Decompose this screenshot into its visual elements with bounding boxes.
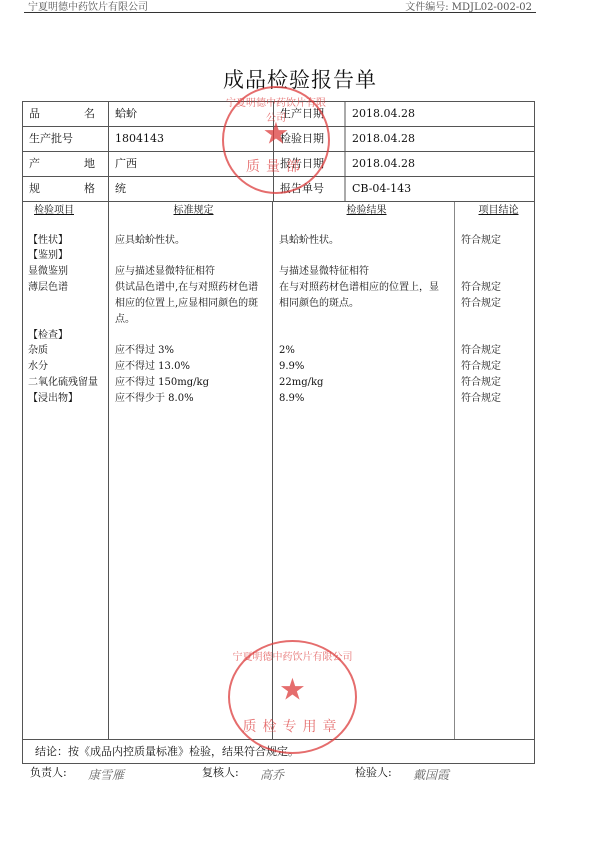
- info-value: 广西: [109, 152, 274, 176]
- info-label: 生产批号: [23, 127, 109, 151]
- cell-result: 9.9%: [279, 359, 452, 374]
- header-result: 检验结果: [279, 203, 454, 219]
- cell-conclusion: [461, 248, 534, 263]
- column-standard: 标准规定 应具蛤蚧性状。应与描述显微特征相符供试品色谱中,在与对照药材色谱相应的…: [109, 202, 273, 739]
- info-label: 规格: [23, 177, 109, 201]
- cell-result: [279, 312, 452, 327]
- cell-item: 二氧化硫残留量: [28, 375, 106, 390]
- signature-responsible: 负责人: 康雪雁: [30, 764, 67, 780]
- info-value: 2018.04.28: [346, 102, 536, 126]
- info-value: 2018.04.28: [346, 152, 536, 176]
- cell-conclusion: 符合规定: [461, 391, 534, 406]
- cell-standard: 应不得过 13.0%: [115, 359, 270, 374]
- signature-name: 康雪雁: [88, 766, 124, 783]
- cell-item: 水分: [28, 359, 106, 374]
- page-header: 宁夏明德中药饮片有限公司 文件编号: MDJL02-002-02: [24, 0, 536, 13]
- report-table: 品名蛤蚧生产日期2018.04.28生产批号1804143检验日期2018.04…: [22, 101, 535, 764]
- signature-inspector: 检验人: 戴国霞: [355, 764, 392, 780]
- cell-standard: 供试品色谱中,在与对照药材色谱: [115, 280, 270, 295]
- company-name: 宁夏明德中药饮片有限公司: [28, 0, 148, 13]
- column-conclusion: 项目结论 符合规定符合规定符合规定符合规定符合规定符合规定符合规定: [455, 202, 536, 739]
- signature-label: 检验人:: [355, 766, 392, 779]
- signature-label: 复核人:: [202, 766, 239, 779]
- cell-result: 在与对照药材色谱相应的位置上，显: [279, 280, 452, 295]
- header-standard: 标准规定: [115, 203, 272, 219]
- info-value: 统: [109, 177, 274, 201]
- cell-item: 杂质: [28, 343, 106, 358]
- cell-result: 8.9%: [279, 391, 452, 406]
- cell-standard: 应与描述显微特征相符: [115, 264, 270, 279]
- column-item: 检验项目 【性状】【鉴别】显微鉴别薄层色谱【检查】杂质水分二氧化硫残留量【浸出物…: [23, 202, 109, 739]
- info-value: 2018.04.28: [346, 127, 536, 151]
- cell-conclusion: 符合规定: [461, 233, 534, 248]
- info-label: 报告单号: [274, 177, 346, 201]
- info-label: 生产日期: [274, 102, 346, 126]
- signature-name: 高乔: [260, 766, 284, 783]
- cell-conclusion: 符合规定: [461, 296, 534, 311]
- cell-result: 具蛤蚧性状。: [279, 233, 452, 248]
- info-label: 报告日期: [274, 152, 346, 176]
- cell-result: 2%: [279, 343, 452, 358]
- cell-item: 显微鉴别: [28, 264, 106, 279]
- signature-name: 戴国霞: [413, 766, 449, 783]
- cell-conclusion: [461, 312, 534, 327]
- cell-standard: 应不得过 3%: [115, 343, 270, 358]
- info-row: 品名蛤蚧生产日期2018.04.28: [23, 102, 534, 127]
- signature-label: 负责人:: [30, 766, 67, 779]
- test-results-section: 检验项目 【性状】【鉴别】显微鉴别薄层色谱【检查】杂质水分二氧化硫残留量【浸出物…: [23, 202, 534, 740]
- overall-conclusion: 结论：按《成品内控质量标准》检验，结果符合规定。: [23, 740, 534, 763]
- info-label: 产地: [23, 152, 109, 176]
- info-value: 1804143: [109, 127, 274, 151]
- header-conclusion: 项目结论: [461, 203, 536, 219]
- cell-conclusion: 符合规定: [461, 343, 534, 358]
- info-row: 产地广西报告日期2018.04.28: [23, 152, 534, 177]
- cell-item: [28, 312, 106, 327]
- cell-result: 与描述显微特征相符: [279, 264, 452, 279]
- cell-standard: 相应的位置上,应显相同颜色的斑: [115, 296, 270, 311]
- cell-standard: [115, 328, 270, 343]
- cell-conclusion: 符合规定: [461, 280, 534, 295]
- info-row: 生产批号1804143检验日期2018.04.28: [23, 127, 534, 152]
- cell-item: [28, 296, 106, 311]
- cell-item: 【性状】: [28, 233, 106, 248]
- cell-standard: 应具蛤蚧性状。: [115, 233, 270, 248]
- cell-conclusion: [461, 264, 534, 279]
- signature-reviewer: 复核人: 高乔: [202, 764, 239, 780]
- info-value: 蛤蚧: [109, 102, 274, 126]
- cell-result: 相同颜色的斑点。: [279, 296, 452, 311]
- cell-standard: 点。: [115, 312, 270, 327]
- cell-item: 【鉴别】: [28, 248, 106, 263]
- cell-result: [279, 328, 452, 343]
- column-result: 检验结果 具蛤蚧性状。与描述显微特征相符在与对照药材色谱相应的位置上，显相同颜色…: [273, 202, 455, 739]
- document-number: 文件编号: MDJL02-002-02: [405, 0, 532, 13]
- cell-conclusion: 符合规定: [461, 375, 534, 390]
- cell-standard: 应不得少于 8.0%: [115, 391, 270, 406]
- info-row: 规格统报告单号CB-04-143: [23, 177, 534, 202]
- cell-conclusion: [461, 328, 534, 343]
- page-title: 成品检验报告单: [0, 64, 600, 94]
- cell-standard: [115, 248, 270, 263]
- cell-item: 【浸出物】: [28, 391, 106, 406]
- info-label: 品名: [23, 102, 109, 126]
- cell-result: 22mg/kg: [279, 375, 452, 390]
- cell-standard: 应不得过 150mg/kg: [115, 375, 270, 390]
- cell-conclusion: 符合规定: [461, 359, 534, 374]
- header-item: 检验项目: [28, 203, 108, 219]
- cell-item: 薄层色谱: [28, 280, 106, 295]
- cell-item: 【检查】: [28, 328, 106, 343]
- info-value: CB-04-143: [346, 177, 536, 201]
- info-label: 检验日期: [274, 127, 346, 151]
- cell-result: [279, 248, 452, 263]
